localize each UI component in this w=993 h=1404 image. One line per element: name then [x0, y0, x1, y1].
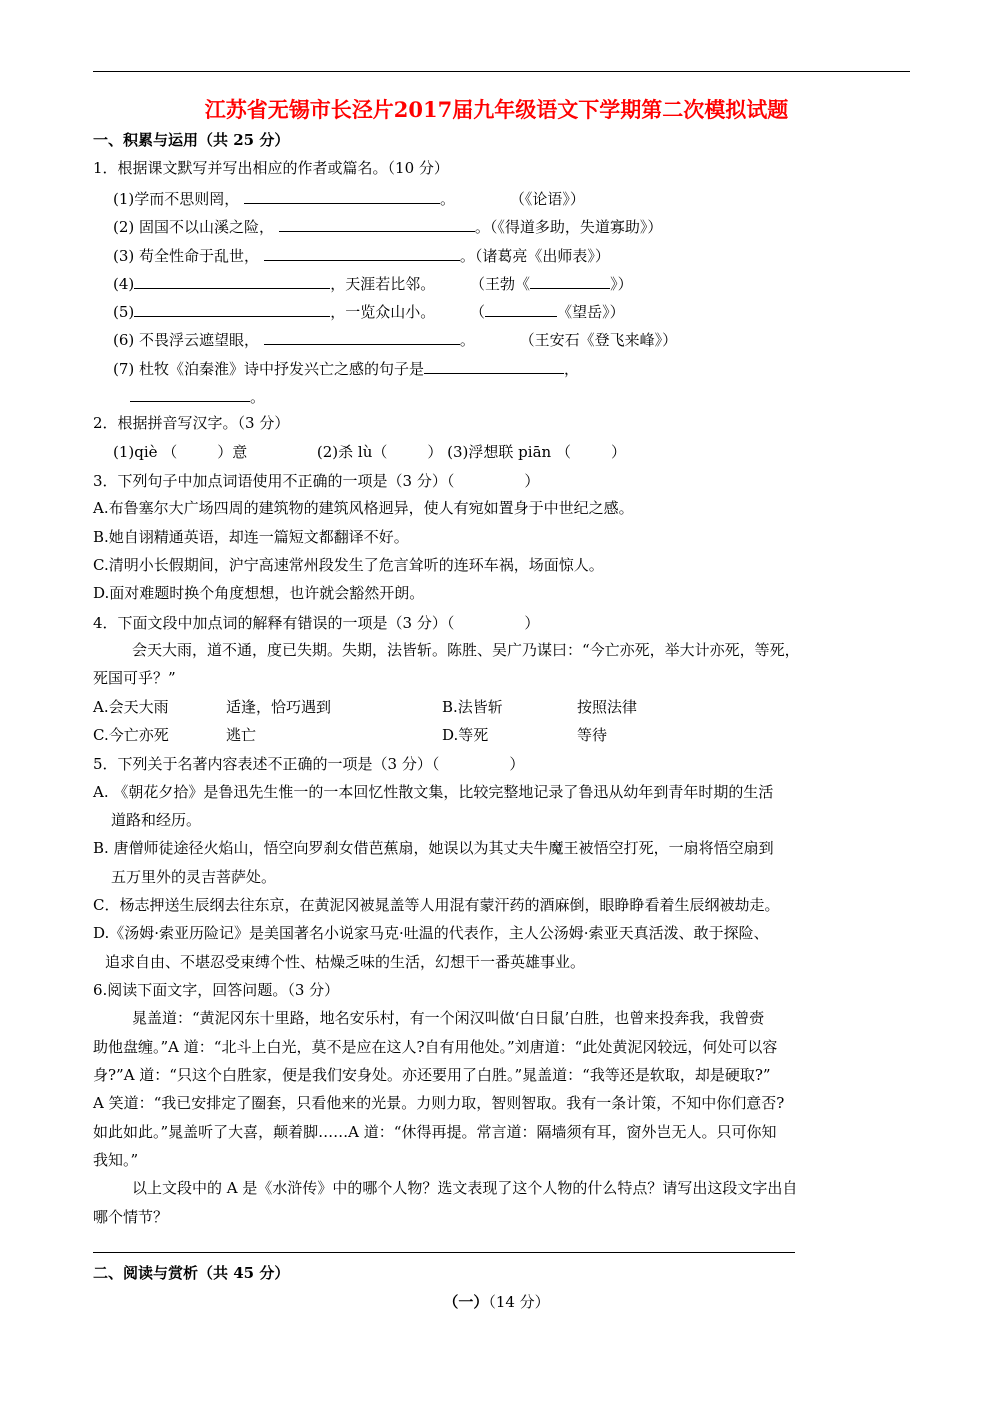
answer-blank[interactable]: [279, 215, 475, 232]
question-1-stem: 1．根据课文默写并写出相应的作者或篇名。（10 分）: [93, 158, 449, 178]
subsection-points: （14 分）: [488, 1293, 549, 1311]
section-heading-2: 二、阅读与赏析（共 45 分）: [93, 1263, 289, 1283]
question-2-stem: 2．根据拼音写汉字。（3 分）: [93, 413, 289, 433]
item-punct: 。: [440, 190, 455, 208]
q4-option-b-meaning: 按照法律: [577, 697, 637, 717]
q1-item-6: (6) 不畏浮云遮望眼， 。 （王安石《登飞来峰》）: [113, 328, 677, 350]
item-text: ，天涯若比邻。: [330, 275, 435, 293]
item-punct: ，: [564, 360, 579, 378]
page-title: 江苏省无锡市长泾片2017届九年级语文下学期第二次模拟试题: [0, 97, 993, 123]
section-heading-1: 一、积累与运用（共 25 分）: [93, 130, 289, 150]
q3-option-d: D.面对难题时换个角度想想，也许就会豁然开朗。: [93, 583, 424, 603]
item-punct: 。: [460, 247, 475, 265]
q4-option-a-label: A.会天大雨: [93, 697, 169, 717]
answer-blank[interactable]: [454, 612, 524, 628]
q6-question-line-2: 哪个情节？: [93, 1207, 168, 1227]
q1-item-2: (2) 固国不以山溪之险， 。（《得道多助，失道寡助》）: [113, 215, 662, 237]
title-blank[interactable]: [530, 272, 610, 289]
subsection-heading: （一）（14 分）: [0, 1292, 993, 1312]
item-text: ，一览众山小。: [330, 303, 435, 321]
answer-blank[interactable]: [454, 470, 524, 486]
item-source: （诸葛亮《出师表》）: [475, 247, 610, 265]
item-source: （《得道多助，失道寡助》）: [490, 218, 663, 236]
item-number: (6): [113, 331, 134, 349]
q2-item-1: (1)qiè （）意: [113, 443, 247, 461]
q6-passage-line-6: 我知。”: [93, 1150, 138, 1170]
q1-item-4: (4)，天涯若比邻。 （王勃《》）: [113, 272, 633, 294]
author-blank[interactable]: [485, 300, 557, 317]
answer-blank[interactable]: [439, 753, 509, 769]
q5-option-a-line-1: A. 《朝花夕拾》是鲁迅先生惟一的一本回忆性散文集，比较完整地记录了鲁迅从幼年到…: [93, 782, 773, 802]
item-text: 杜牧《泊秦淮》诗中抒发兴亡之感的句子是: [134, 360, 424, 378]
question-3-stem: 3．下列句子中加点词语使用不正确的一项是（3 分）（）: [93, 470, 539, 491]
q5-option-d-line-2: 追求自由、不堪忍受束缚个性、枯燥乏味的生活，幻想干一番英雄事业。: [105, 952, 585, 972]
answer-blank[interactable]: [177, 441, 217, 457]
item-punct: 。: [460, 331, 475, 349]
q6-answer-line[interactable]: [93, 1252, 795, 1253]
header-rule: [93, 71, 910, 72]
question-4-stem: 4．下面文段中加点词的解释有错误的一项是（3 分）（）: [93, 612, 539, 633]
item-source: （王安石《登飞来峰》）: [520, 331, 678, 349]
item-number: (7): [113, 360, 134, 378]
q4-option-b-label: B.法皆斩: [442, 697, 503, 717]
q3-option-b: B.她自诩精通英语，却连一篇短文都翻译不好。: [93, 527, 409, 547]
answer-blank[interactable]: [424, 357, 564, 374]
item-number: (1): [113, 190, 134, 208]
q1-item-7: (7) 杜牧《泊秦淮》诗中抒发兴亡之感的句子是，: [113, 357, 579, 379]
q4-option-c-meaning: 逃亡: [226, 725, 256, 745]
q1-item-7-cont: 。: [130, 385, 265, 407]
q6-passage-line-2: 助他盘缠。”A 道：“北斗上白光，莫不是应在这人?自有用他处。”刘唐道：“此处黄…: [93, 1037, 777, 1057]
q4-option-d-label: D.等死: [442, 725, 488, 745]
q2-item-3: (3)浮想联 piān （）: [447, 443, 626, 461]
q3-option-c: C.清明小长假期间，沪宁高速常州段发生了危言耸听的连环车祸，场面惊人。: [93, 555, 604, 575]
item-number: (3): [113, 247, 134, 265]
q6-passage-line-3: 身?”A 道：“只这个白胜家，便是我们安身处。亦还要用了白胜。”晁盖道：“我等还…: [93, 1065, 771, 1085]
q5-option-b-line-2: 五万里外的灵吉菩萨处。: [111, 867, 276, 887]
answer-blank[interactable]: [571, 441, 611, 457]
q4-option-c-label: C.今亡亦死: [93, 725, 169, 745]
q2-items: (1)qiè （）意 (2)杀 lù（） (3)浮想联 piān （）: [113, 441, 626, 462]
q6-passage-line-1: 晁盖道：“黄泥冈东十里路，地名安乐村，有一个闲汉叫做‘白日鼠’白胜，也曾来投奔我…: [132, 1008, 764, 1028]
answer-blank[interactable]: [130, 385, 250, 402]
question-6-stem: 6.阅读下面文字，回答问题。（3 分）: [93, 980, 339, 1000]
q4-option-d-meaning: 等待: [577, 725, 607, 745]
item-source-prefix: （王勃《: [470, 275, 530, 293]
item-source-prefix: （: [470, 303, 485, 321]
item-text: 苟全性命于乱世，: [134, 247, 259, 265]
q5-option-c-line-1: C．杨志押送生辰纲去往东京，在黄泥冈被晁盖等人用混有蒙汗药的酒麻倒，眼睁睁看着生…: [93, 895, 779, 915]
question-5-stem: 5．下列关于名著内容表述不正确的一项是（3 分）（）: [93, 753, 524, 774]
answer-blank[interactable]: [134, 300, 330, 317]
q3-option-a: A.布鲁塞尔大广场四周的建筑物的建筑风格迥异，使人有宛如置身于中世纪之感。: [93, 498, 634, 518]
item-text: 固国不以山溪之险，: [134, 218, 274, 236]
item-source-suffix: 《望岳》）: [557, 303, 625, 321]
item-number: (2): [113, 218, 134, 236]
item-source: （《论语》）: [510, 190, 585, 208]
item-punct: 。: [475, 218, 490, 236]
answer-blank[interactable]: [134, 272, 330, 289]
q1-item-3: (3) 苟全性命于乱世， 。（诸葛亮《出师表》）: [113, 244, 610, 266]
item-number: (4): [113, 275, 134, 293]
item-text: 不畏浮云遮望眼，: [134, 331, 259, 349]
q1-item-1: (1)学而不思则罔， 。 （《论语》）: [113, 187, 585, 209]
q4-option-a-meaning: 适逢，恰巧遇到: [226, 697, 331, 717]
q1-item-5: (5)，一览众山小。 （《望岳》）: [113, 300, 625, 322]
q6-question-line-1: 以上文段中的 A 是《水浒传》中的哪个人物？选文表现了这个人物的什么特点？请写出…: [132, 1178, 797, 1198]
answer-blank[interactable]: [264, 328, 460, 345]
answer-blank[interactable]: [387, 441, 427, 457]
q4-passage-line-2: 死国可乎？”: [93, 668, 176, 688]
item-number: (5): [113, 303, 134, 321]
item-source-suffix: 》）: [610, 275, 633, 293]
subsection-number: （一）: [443, 1293, 488, 1311]
answer-blank[interactable]: [244, 187, 440, 204]
item-text: 学而不思则罔，: [134, 190, 239, 208]
q5-option-a-line-2: 道路和经历。: [111, 810, 201, 830]
q2-item-2: (2)杀 lù（）: [317, 443, 443, 461]
q6-passage-line-5: 如此如此。”晁盖听了大喜，颠着脚……A 道：“休得再提。常言道：隔墙须有耳，窗外…: [93, 1122, 776, 1142]
q6-passage-line-4: A 笑道：“我已安排定了圈套，只看他来的光景。力则力取，智则智取。我有一条计策，…: [93, 1093, 784, 1113]
q5-option-d-line-1: D.《汤姆·索亚历险记》是美国著名小说家马克·吐温的代表作，主人公汤姆·索亚天真…: [93, 923, 769, 943]
q5-option-b-line-1: B. 唐僧师徒途径火焰山，悟空向罗刹女借芭蕉扇，她误以为其丈夫牛魔王被悟空打死，…: [93, 838, 774, 858]
q4-passage-line-1: 会天大雨，道不通，度已失期。失期，法皆斩。陈胜、吴广乃谋曰：“今亡亦死，举大计亦…: [132, 640, 800, 660]
item-punct: 。: [250, 388, 265, 406]
answer-blank[interactable]: [264, 244, 460, 261]
